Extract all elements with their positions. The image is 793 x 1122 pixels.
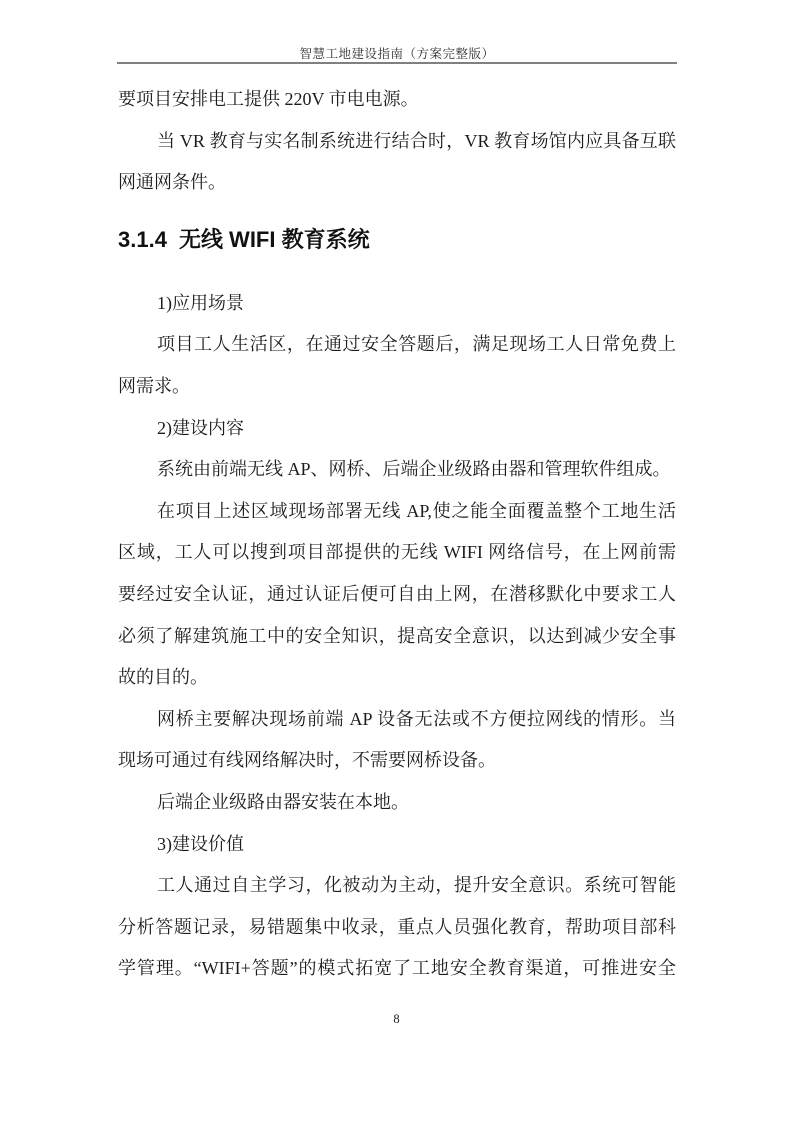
body-line: 2)建设内容 <box>118 408 676 450</box>
body-line: 网需求。 <box>118 366 676 408</box>
heading-title: 无线 WIFI 教育系统 <box>179 227 370 252</box>
body-line: 必须了解建筑施工中的安全知识，提高安全意识，以达到减少安全事 <box>118 616 676 658</box>
body-line: 要项目安排电工提供 220V 市电电源。 <box>118 79 676 121</box>
body-line: 区域，工人可以搜到项目部提供的无线 WIFI 网络信号，在上网前需 <box>118 532 676 574</box>
body-line: 要经过安全认证，通过认证后便可自由上网，在潜移默化中要求工人 <box>118 574 676 616</box>
body-line: 系统由前端无线 AP、网桥、后端企业级路由器和管理软件组成。 <box>118 449 676 491</box>
body-line: 网桥主要解决现场前端 AP 设备无法或不方便拉网线的情形。当 <box>118 699 676 741</box>
header-rule <box>117 62 677 64</box>
body-line: 当 VR 教育与实名制系统进行结合时，VR 教育场馆内应具备互联 <box>118 121 676 163</box>
section-heading: 3.1.4无线 WIFI 教育系统 <box>118 212 676 268</box>
body-line: 分析答题记录，易错题集中收录，重点人员强化教育，帮助项目部科 <box>118 907 676 949</box>
body-line: 故的目的。 <box>118 657 676 699</box>
body-line: 现场可通过有线网络解决时，不需要网桥设备。 <box>118 740 676 782</box>
body-line: 网通网条件。 <box>118 162 676 204</box>
heading-number: 3.1.4 <box>118 227 167 252</box>
page-header-title: 智慧工地建设指南（方案完整版） <box>117 44 677 62</box>
page-number: 8 <box>0 1012 793 1027</box>
body-line: 3)建设价值 <box>118 824 676 866</box>
body-line: 在项目上述区域现场部署无线 AP,使之能全面覆盖整个工地生活 <box>118 491 676 533</box>
body-line: 后端企业级路由器安装在本地。 <box>118 782 676 824</box>
body-line: 1)应用场景 <box>118 283 676 325</box>
document-body: 要项目安排电工提供 220V 市电电源。 当 VR 教育与实名制系统进行结合时，… <box>118 79 676 990</box>
body-line: 学管理。“WIFI+答题”的模式拓宽了工地安全教育渠道，可推进安全 <box>118 948 676 990</box>
body-line: 项目工人生活区，在通过安全答题后，满足现场工人日常免费上 <box>118 324 676 366</box>
body-line: 工人通过自主学习，化被动为主动，提升安全意识。系统可智能 <box>118 865 676 907</box>
document-page: 智慧工地建设指南（方案完整版） 要项目安排电工提供 220V 市电电源。 当 V… <box>0 0 793 1122</box>
